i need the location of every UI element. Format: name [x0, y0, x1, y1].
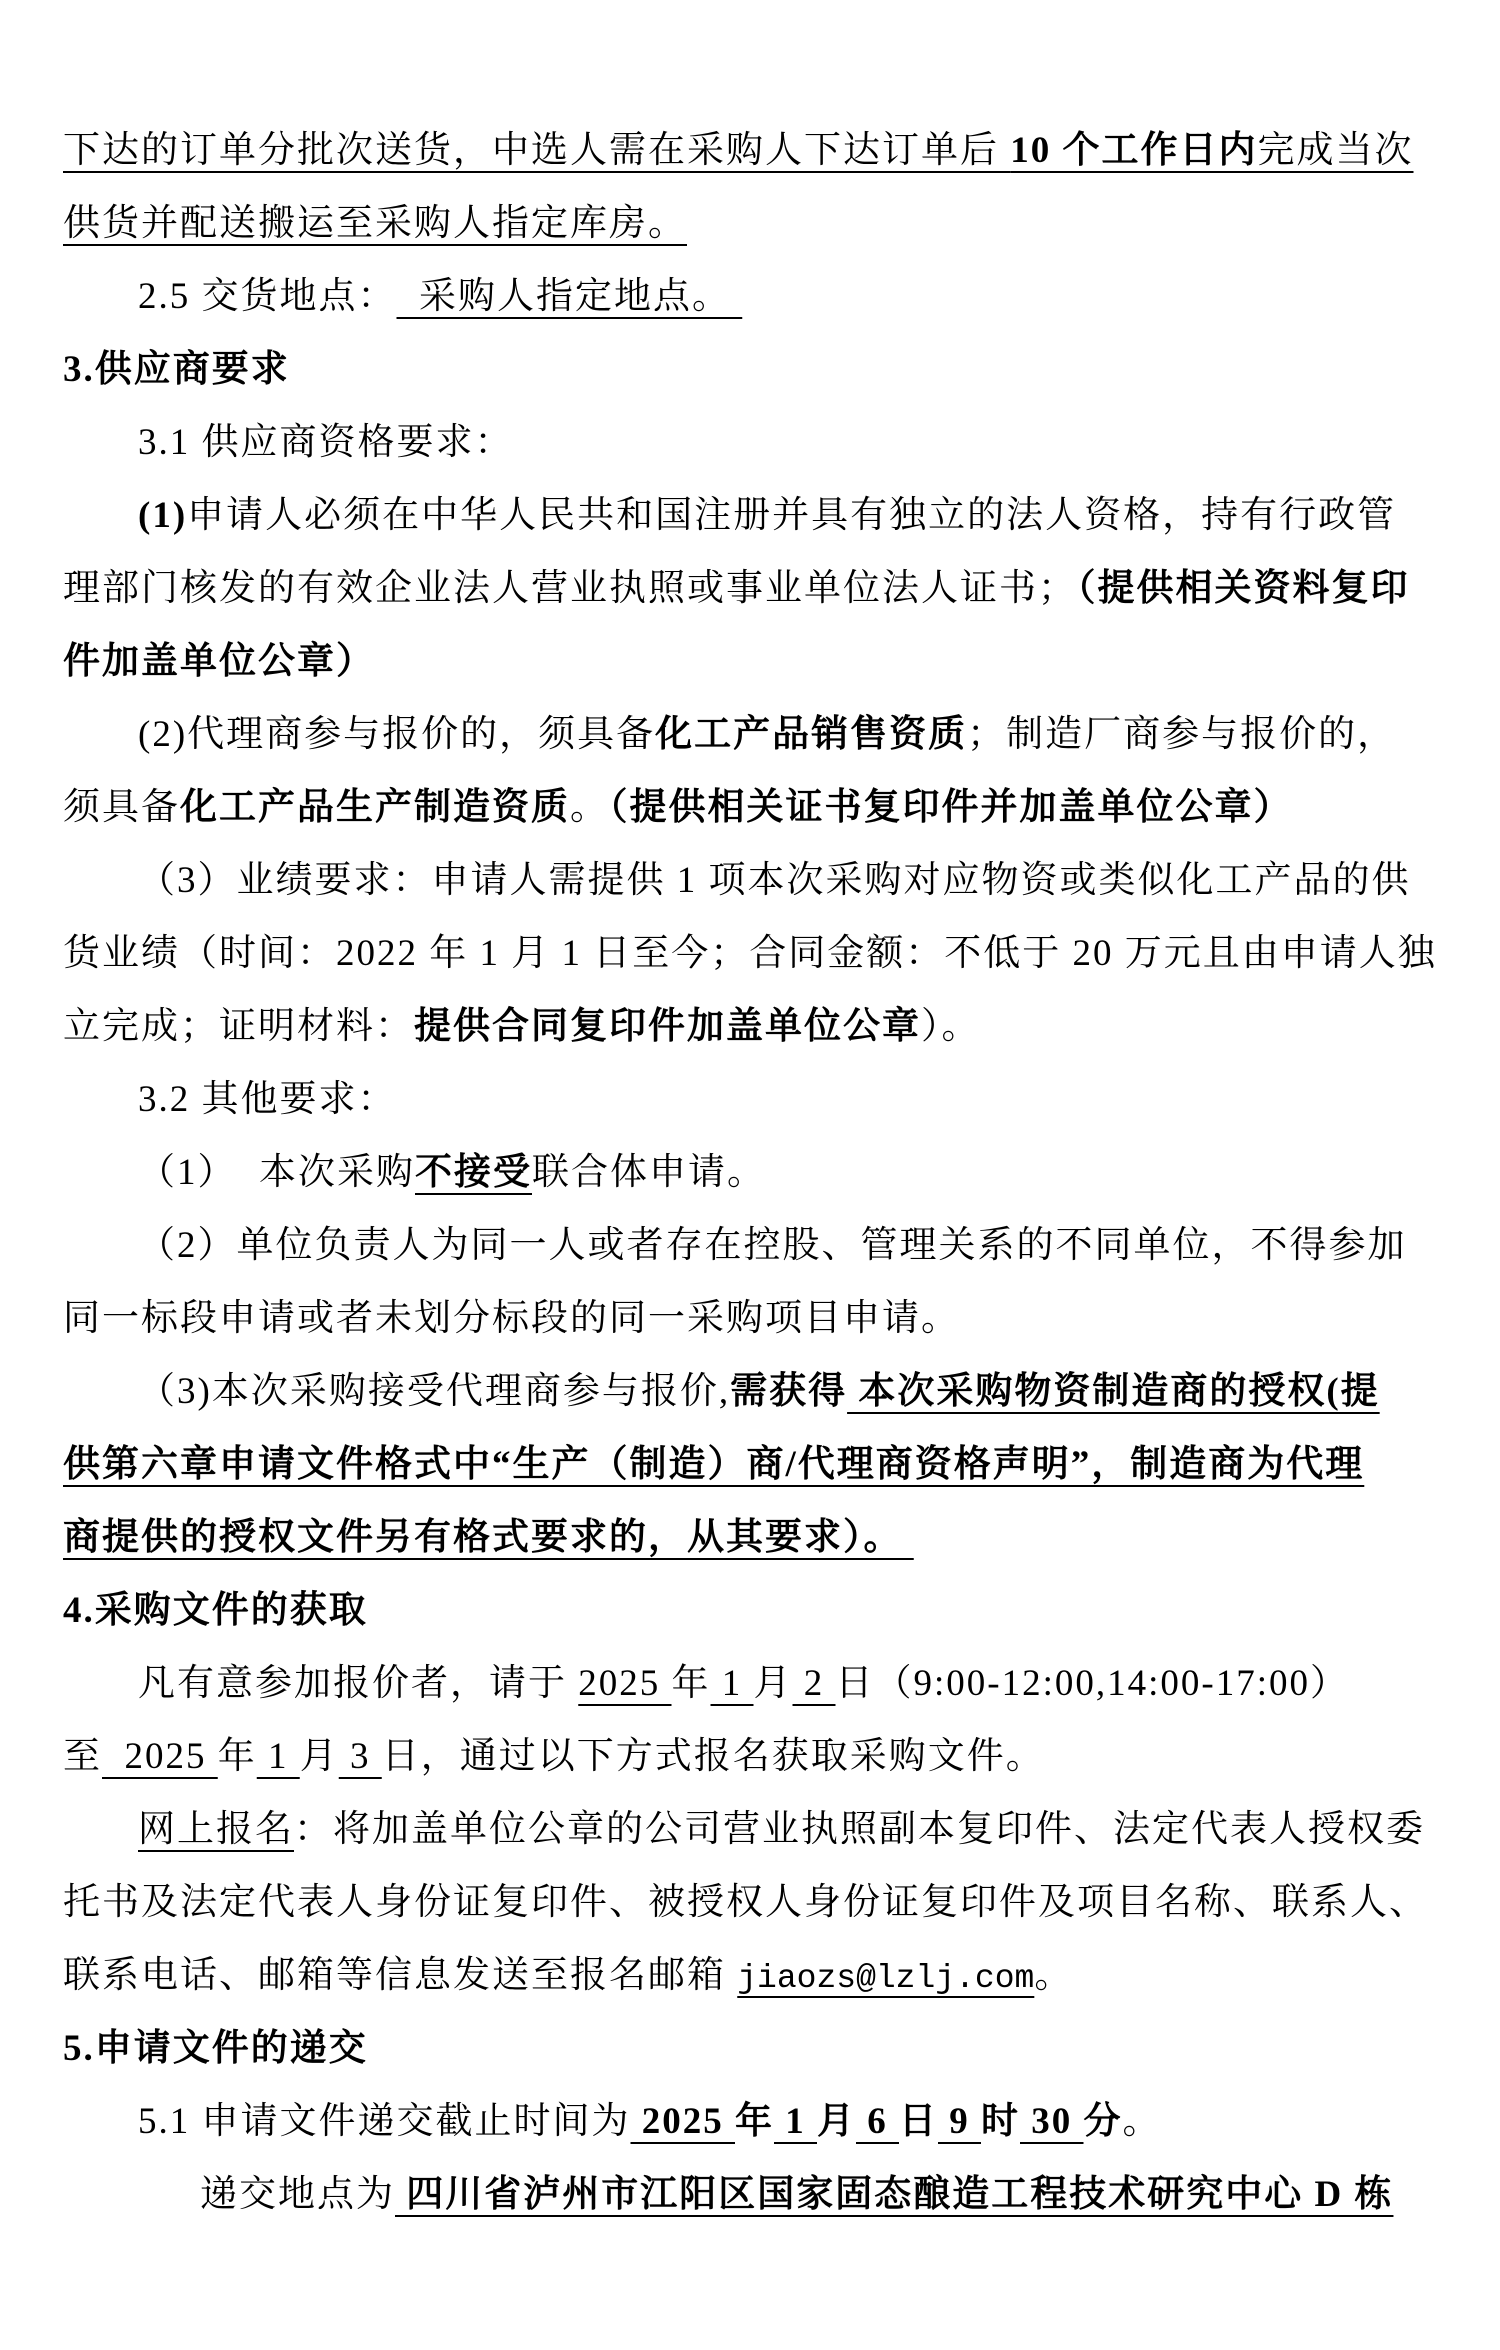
text-segment: (2)代理商参与报价的，须具备 — [138, 714, 655, 755]
text-segment: 理部门核发的有效企业法人营业执照或事业单位法人证书； — [63, 568, 1077, 609]
text-segment: 货业绩（时间：2022 年 1 月 1 日至今；合同金额：不低于 20 万元且由… — [63, 933, 1437, 974]
text-segment: 日 — [899, 2101, 938, 2142]
text-segment: 申请人必须在中华人民共和国注册并具有独立的法人资格，持有行政管 — [187, 495, 1396, 536]
text-segment: 商提供的授权文件另有格式要求的，从其要求）。 — [63, 1517, 914, 1558]
text-segment: 网上报名 — [138, 1809, 294, 1850]
text-segment: 3.供应商要求 — [63, 349, 290, 390]
text-segment: 5.1 申请文件递交截止时间为 — [138, 2101, 631, 2142]
text-segment: 2025 — [578, 1663, 671, 1704]
text-segment: 。 — [1123, 2101, 1162, 2142]
text-segment: 30 — [1020, 2101, 1084, 2142]
text-segment: 完成当次 — [1258, 130, 1414, 171]
text-segment: 凡有意参加报价者，请于 — [138, 1663, 578, 1704]
text-segment: 年 — [672, 1663, 711, 1704]
text-segment: 2025 — [631, 2101, 736, 2142]
text-segment: （1） 本次采购 — [138, 1152, 415, 1193]
text-line: 件加盖单位公章） — [63, 625, 1437, 698]
text-line: 同一标段申请或者未划分标段的同一采购项目申请。 — [63, 1282, 1437, 1355]
text-line: 理部门核发的有效企业法人营业执照或事业单位法人证书；（提供相关资料复印 — [63, 552, 1437, 625]
text-segment: （3)本次采购接受代理商参与报价, — [138, 1371, 730, 1412]
text-line: 立完成；证明材料：提供合同复印件加盖单位公章）。 — [63, 990, 1437, 1063]
text-segment: 联系电话、邮箱等信息发送至报名邮箱 — [63, 1955, 737, 1996]
text-segment: 月 — [817, 2101, 856, 2142]
text-line: (2)代理商参与报价的，须具备化工产品销售资质；制造厂商参与报价的， — [63, 698, 1437, 771]
text-segment: （提供相关资料复印 — [1077, 568, 1410, 609]
text-segment: （3）业绩要求：申请人需提供 1 项本次采购对应物资或类似化工产品的供 — [138, 860, 1411, 901]
text-line: 下达的订单分批次送货，中选人需在采购人下达订单后 10 个工作日内完成当次 — [63, 114, 1437, 187]
text-segment: 同一标段申请或者未划分标段的同一采购项目申请。 — [63, 1298, 960, 1339]
text-segment: 供货并配送搬运至采购人指定库房。 — [63, 203, 687, 244]
text-segment: 月 — [754, 1663, 793, 1704]
text-line: 递交地点为 四川省泸州市江阳区国家固态酿造工程技术研究中心 D 栋 — [63, 2158, 1437, 2231]
text-line: 商提供的授权文件另有格式要求的，从其要求）。 — [63, 1501, 1437, 1574]
text-line: 至 2025 年 1 月 3 日，通过以下方式报名获取采购文件。 — [63, 1720, 1437, 1793]
text-segment: jiaozs@lzlj.com — [737, 1960, 1034, 1997]
text-segment: 采购人指定地点。 — [397, 276, 743, 317]
text-segment: 3.2 其他要求： — [138, 1079, 397, 1120]
text-segment: 年 — [218, 1736, 257, 1777]
text-line: 3.1 供应商资格要求： — [63, 406, 1437, 479]
text-segment: 10 个工作日内 — [1010, 130, 1257, 171]
text-segment: 四川省泸州市江阳区国家固态酿造工程技术研究中心 D 栋 — [395, 2174, 1393, 2215]
text-segment: 托书及法定代表人身份证复印件、被授权人身份证复印件及项目名称、联系人、 — [63, 1882, 1428, 1923]
text-segment: 下达的订单分批次送货，中选人需在采购人下达订单后 — [63, 130, 1010, 171]
text-line: 联系电话、邮箱等信息发送至报名邮箱 jiaozs@lzlj.com。 — [63, 1939, 1437, 2012]
text-segment: 1 — [774, 2101, 817, 2142]
text-segment: 日，通过以下方式报名获取采购文件。 — [382, 1736, 1045, 1777]
heading-section-5-document-submission: 5.申请文件的递交 — [63, 2012, 1437, 2085]
text-line: 凡有意参加报价者，请于 2025 年 1 月 2 日（9:00-12:00,14… — [63, 1647, 1437, 1720]
text-segment: 提供合同复印件加盖单位公章 — [414, 1006, 921, 1047]
text-line: (1)申请人必须在中华人民共和国注册并具有独立的法人资格，持有行政管 — [63, 479, 1437, 552]
text-line: 须具备化工产品生产制造资质。（提供相关证书复印件并加盖单位公章） — [63, 771, 1437, 844]
heading-section-3-supplier-requirements: 3.供应商要求 — [63, 333, 1437, 406]
text-line: （3）业绩要求：申请人需提供 1 项本次采购对应物资或类似化工产品的供 — [63, 844, 1437, 917]
text-line: 托书及法定代表人身份证复印件、被授权人身份证复印件及项目名称、联系人、 — [63, 1866, 1437, 1939]
text-segment: 日（9:00-12:00,14:00-17:00） — [836, 1663, 1350, 1704]
text-segment: 月 — [300, 1736, 339, 1777]
text-segment: 3 — [339, 1736, 382, 1777]
text-segment: 时 — [981, 2101, 1020, 2142]
heading-section-4-document-acquisition: 4.采购文件的获取 — [63, 1574, 1437, 1647]
text-segment: ：将加盖单位公章的公司营业执照副本复印件、法定代表人授权委 — [294, 1809, 1425, 1850]
text-line: 货业绩（时间：2022 年 1 月 1 日至今；合同金额：不低于 20 万元且由… — [63, 917, 1437, 990]
text-segment: (1) — [138, 495, 187, 536]
text-segment: ）。 — [921, 1006, 981, 1047]
text-segment: 联合体申请。 — [532, 1152, 766, 1193]
text-segment: 不接受 — [415, 1152, 532, 1193]
text-segment: 9 — [938, 2101, 981, 2142]
text-segment: （提供相关证书复印件并加盖单位公章） — [609, 787, 1293, 828]
text-segment: 6 — [856, 2101, 899, 2142]
text-segment: 。 — [1034, 1955, 1073, 1996]
text-line: 3.2 其他要求： — [63, 1063, 1437, 1136]
text-segment: 5.申请文件的递交 — [63, 2028, 368, 2069]
text-segment: 化工产品生产制造资质 — [180, 787, 570, 828]
text-segment: 1 — [711, 1663, 754, 1704]
text-segment: 年 — [735, 2101, 774, 2142]
text-line: 供第六章申请文件格式中“生产（制造）商/代理商资格声明”，制造商为代理 — [63, 1428, 1437, 1501]
text-segment: 件加盖单位公章） — [63, 641, 375, 682]
text-line: （1） 本次采购不接受联合体申请。 — [63, 1136, 1437, 1209]
text-segment: 化工产品销售资质 — [655, 714, 967, 755]
text-segment: 4.采购文件的获取 — [63, 1590, 368, 1631]
text-line: 5.1 申请文件递交截止时间为 2025 年 1 月 6 日 9 时 30 分。 — [63, 2085, 1437, 2158]
text-segment: 递交地点为 — [200, 2174, 395, 2215]
text-segment: 立完成；证明材料： — [63, 1006, 414, 1047]
text-line: 供货并配送搬运至采购人指定库房。 — [63, 187, 1437, 260]
text-segment: 2025 — [102, 1736, 218, 1777]
text-segment: 。 — [570, 787, 609, 828]
text-segment: 2 — [793, 1663, 836, 1704]
text-segment: 须具备 — [63, 787, 180, 828]
text-line: 网上报名：将加盖单位公章的公司营业执照副本复印件、法定代表人授权委 — [63, 1793, 1437, 1866]
text-segment: 3.1 供应商资格要求： — [138, 422, 514, 463]
text-line: 2.5 交货地点： 采购人指定地点。 — [63, 260, 1437, 333]
text-segment: 本次采购物资制造商的授权(提 — [847, 1371, 1380, 1412]
text-segment: 需获得 — [730, 1371, 847, 1412]
text-segment: （2）单位负责人为同一人或者存在控股、管理关系的不同单位，不得参加 — [138, 1225, 1407, 1266]
text-segment: ；制造厂商参与报价的， — [967, 714, 1396, 755]
text-segment: 供第六章申请文件格式中“生产（制造）商/代理商资格声明”，制造商为代理 — [63, 1444, 1364, 1485]
text-segment: 1 — [257, 1736, 300, 1777]
text-line: （2）单位负责人为同一人或者存在控股、管理关系的不同单位，不得参加 — [63, 1209, 1437, 1282]
text-line: （3)本次采购接受代理商参与报价,需获得 本次采购物资制造商的授权(提 — [63, 1355, 1437, 1428]
text-segment: 至 — [63, 1736, 102, 1777]
document-page: 下达的订单分批次送货，中选人需在采购人下达订单后 10 个工作日内完成当次供货并… — [0, 0, 1500, 2350]
text-segment: 分 — [1084, 2101, 1123, 2142]
text-segment: 2.5 交货地点： — [138, 276, 397, 317]
